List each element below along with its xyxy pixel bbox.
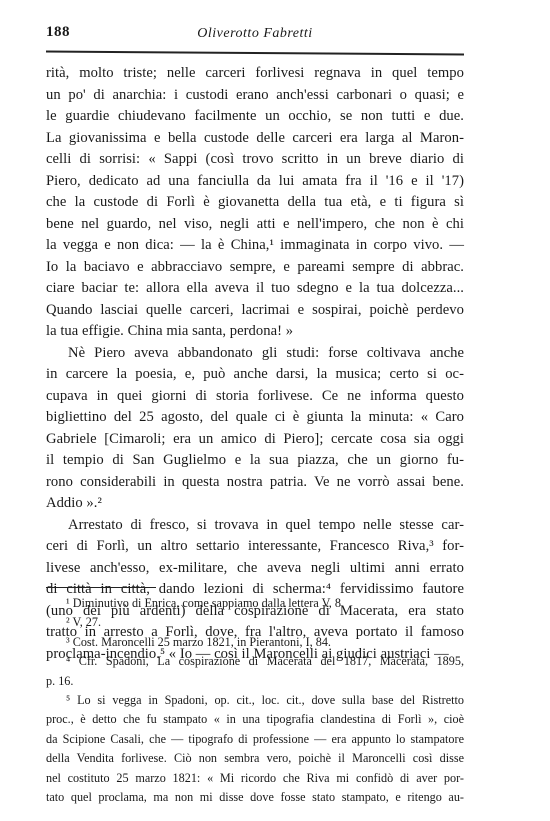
text-line: rità, molto triste; nelle carceri forliv…: [46, 63, 464, 85]
footnote-line: ³ Cost. Maroncelli 25 marzo 1821, in Pie…: [46, 633, 464, 652]
text-line: Addio ».²: [46, 493, 464, 515]
text-line: ceri di Forlì, un altro settario interes…: [46, 536, 464, 558]
text-line: il tempio di San Guglielmo e la sua piaz…: [46, 450, 464, 472]
footnote-line: tato quel proclama, ma non mi disse dove…: [46, 788, 464, 807]
text-line: celli di sorrisi: « Sappi (così trovo sc…: [46, 149, 464, 171]
text-line: le guardie chiudevano facilmente un occh…: [46, 106, 464, 128]
text-line: Gabriele [Cimaroli; era un amico di Pier…: [46, 429, 464, 451]
text-line: bigliettino del 25 agosto, del quale ci …: [46, 407, 464, 429]
text-line: Arrestato di fresco, si trovava in quel …: [46, 515, 464, 537]
text-line: Io la baciavo e abbracciavo sempre, e pa…: [46, 257, 464, 279]
footnote-line: della Vendita forlivese. Ciò non sembra …: [46, 749, 464, 768]
page-header: 188 Oliverotto Fabretti: [46, 18, 464, 42]
footnote-line: ² V, 27.: [46, 613, 464, 632]
text-line: cupava in quei giorni di storia forlives…: [46, 386, 464, 408]
footnotes: ¹ Diminutivo di Enrica, come sappiamo da…: [46, 594, 464, 807]
text-line: la tua effigie. China mia santa, perdona…: [46, 321, 464, 343]
text-line: un po' di anarchia: i custodi erano anch…: [46, 85, 464, 107]
header-rule: [46, 51, 464, 55]
text-line: Quando lasciai quelle carceri, lacrimai …: [46, 300, 464, 322]
footnote-separator: [46, 587, 156, 588]
book-page: 188 Oliverotto Fabretti rità, molto tris…: [0, 0, 550, 821]
text-line: Piero, dedicato ad una fanciulla da lui …: [46, 171, 464, 193]
footnote-line: ⁴ Cfr. Spadoni, La cospirazione di Macer…: [46, 652, 464, 671]
footnote-line: da Scipione Casali, che — tipografo di p…: [46, 730, 464, 749]
text-line: livese anch'esso, ex-militare, che aveva…: [46, 558, 464, 580]
text-line: La giovanissima e bella custode delle ca…: [46, 128, 464, 150]
text-line: Nè Piero aveva abbandonato gli studi: fo…: [46, 343, 464, 365]
text-line: ciare baciar te: allora ella aveva il tu…: [46, 278, 464, 300]
footnote-line: p. 16.: [46, 672, 464, 691]
footnote-line: proc., è detto che fu stampato « in una …: [46, 710, 464, 729]
footnote-line: nel costituto 25 marzo 1821: « Mi ricord…: [46, 769, 464, 788]
footnote-line: ¹ Diminutivo di Enrica, come sappiamo da…: [46, 594, 464, 613]
text-line: che la custode di Forlì è giovanetta del…: [46, 192, 464, 214]
text-line: la vegga e non dica: — la è China,¹ imma…: [46, 235, 464, 257]
body-text: rità, molto triste; nelle carceri forliv…: [46, 63, 464, 665]
text-line: in carcere la poesia, e, può anche darsi…: [46, 364, 464, 386]
text-line: bene nel guardo, nel viso, negli atti e …: [46, 214, 464, 236]
footnote-line: ⁵ Lo si vegga in Spadoni, op. cit., loc.…: [46, 691, 464, 710]
text-line: rono considerabili in questa nostra patr…: [46, 472, 464, 494]
running-title: Oliverotto Fabretti: [46, 26, 464, 42]
